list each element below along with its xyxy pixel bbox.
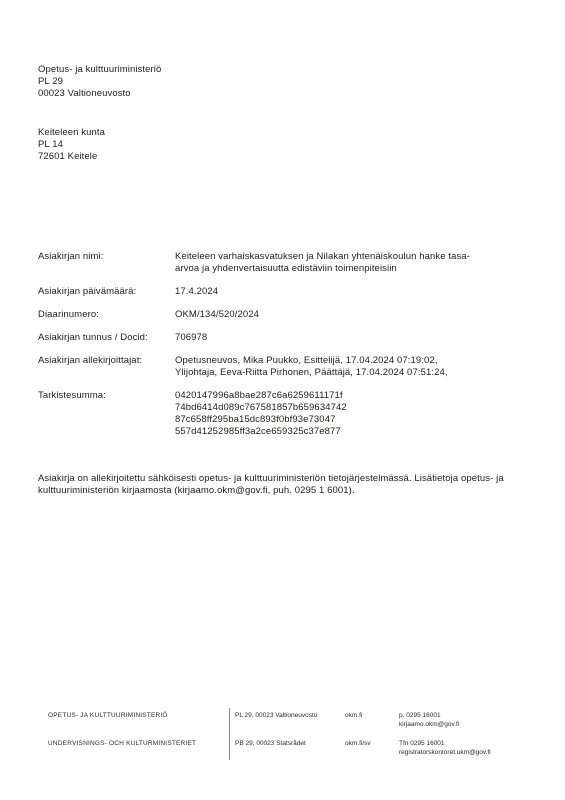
checksum-line: 0420147996a8bae287c6a6259611171f	[175, 390, 538, 402]
metadata-value-line: 17.4.2024	[175, 286, 538, 298]
metadata-label: Asiakirjan tunnus / Docid:	[38, 332, 175, 344]
metadata-row-registry-number: Diaarinumero: OKM/134/520/2024	[38, 309, 538, 321]
footer-address-sv: PB 29, 00023 Statsrådet	[235, 739, 306, 748]
metadata-value-line: Opetusneuvos, Mika Puukko, Esittelijä, 1…	[175, 355, 538, 367]
sender-postal-city: 00023 Valtioneuvosto	[38, 88, 161, 100]
metadata-value-line: Ylijohtaja, Eeva-Riitta Pirhonen, Päättä…	[175, 367, 538, 379]
metadata-value: OKM/134/520/2024	[175, 309, 538, 321]
page-footer: OPETUS- JA KULTTUURIMINISTERIÖ PL 29, 00…	[0, 706, 565, 776]
metadata-value-line: OKM/134/520/2024	[175, 309, 538, 321]
metadata-row-document-name: Asiakirjan nimi: Keiteleen varhaiskasvat…	[38, 251, 538, 275]
footer-website-fi: okm.fi	[345, 711, 362, 720]
sender-org: Opetus- ja kulttuuriministeriö	[38, 64, 161, 76]
metadata-value: 0420147996a8bae287c6a6259611171f 74bd641…	[175, 390, 538, 438]
metadata-label: Asiakirjan nimi:	[38, 251, 175, 275]
checksum-line: 74bd6414d089c767581857b659634742	[175, 402, 538, 414]
footer-address-fi: PL 29, 00023 Valtioneuvosto	[235, 711, 317, 720]
metadata-value-line: Keiteleen varhaiskasvatuksen ja Nilakan …	[175, 251, 538, 263]
footer-website-sv: okm.fi/sv	[345, 739, 371, 748]
footer-org-sv: UNDERVISNINGS- OCH KULTURMINISTERIET	[48, 739, 196, 748]
metadata-value: Opetusneuvos, Mika Puukko, Esittelijä, 1…	[175, 355, 538, 379]
metadata-label: Tarkistesumma:	[38, 390, 175, 438]
metadata-label: Asiakirjan päivämäärä:	[38, 286, 175, 298]
signature-notice: Asiakirja on allekirjoitettu sähköisesti…	[38, 473, 538, 497]
footer-contact-sv: Tfn 0295 16001 registratorskontoret.ukm@…	[399, 739, 491, 757]
metadata-value: Keiteleen varhaiskasvatuksen ja Nilakan …	[175, 251, 538, 275]
metadata-row-document-date: Asiakirjan päivämäärä: 17.4.2024	[38, 286, 538, 298]
footer-org-fi: OPETUS- JA KULTTUURIMINISTERIÖ	[48, 711, 168, 720]
document-metadata: Asiakirjan nimi: Keiteleen varhaiskasvat…	[38, 251, 538, 449]
metadata-value-line: arvoa ja yhdenvertaisuutta edistäviin to…	[175, 263, 538, 275]
metadata-label: Diaarinumero:	[38, 309, 175, 321]
metadata-value: 17.4.2024	[175, 286, 538, 298]
recipient-name: Keiteleen kunta	[38, 127, 105, 139]
document-page: Opetus- ja kulttuuriministeriö PL 29 000…	[0, 0, 565, 800]
sender-address-block: Opetus- ja kulttuuriministeriö PL 29 000…	[38, 64, 161, 100]
footer-email-sv: registratorskontoret.ukm@gov.fi	[399, 748, 491, 757]
metadata-row-docid: Asiakirjan tunnus / Docid: 706978	[38, 332, 538, 344]
footer-email-fi: kirjaamo.okm@gov.fi	[399, 720, 459, 729]
footer-phone-fi: p. 0295 16001	[399, 711, 459, 720]
checksum-line: 557d41252985ff3a2ce659325c37e877	[175, 426, 538, 438]
recipient-po-box: PL 14	[38, 139, 105, 151]
checksum-line: 87c658ff295ba15dc893f0bf93e73047	[175, 414, 538, 426]
metadata-row-signers: Asiakirjan allekirjoittajat: Opetusneuvo…	[38, 355, 538, 379]
metadata-value: 706978	[175, 332, 538, 344]
metadata-value-line: 706978	[175, 332, 538, 344]
metadata-row-checksum: Tarkistesumma: 0420147996a8bae287c6a6259…	[38, 390, 538, 438]
footer-divider	[229, 708, 230, 760]
footer-contact-fi: p. 0295 16001 kirjaamo.okm@gov.fi	[399, 711, 459, 729]
recipient-address-block: Keiteleen kunta PL 14 72601 Keitele	[38, 127, 105, 163]
recipient-postal-city: 72601 Keitele	[38, 151, 105, 163]
sender-po-box: PL 29	[38, 76, 161, 88]
footer-phone-sv: Tfn 0295 16001	[399, 739, 491, 748]
metadata-label: Asiakirjan allekirjoittajat:	[38, 355, 175, 379]
